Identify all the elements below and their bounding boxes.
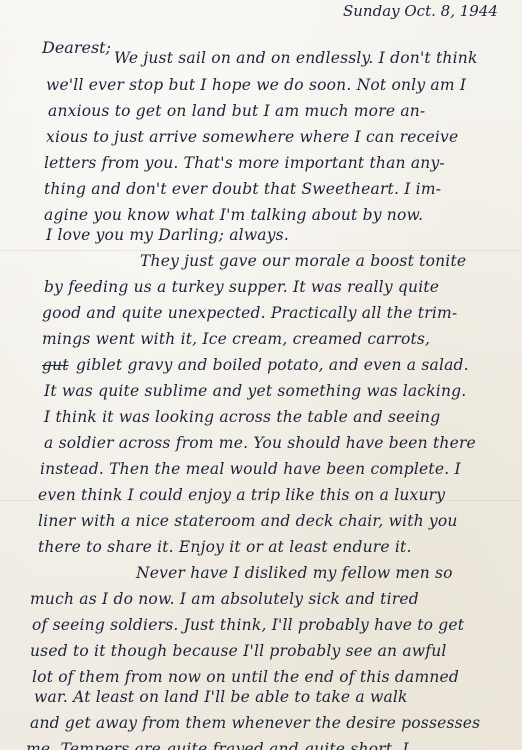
letter-line: me. Tempers are quite frayed and quite s… bbox=[26, 740, 409, 750]
letter-line: we'll ever stop but I hope we do soon. N… bbox=[46, 76, 466, 94]
letter-date: Sunday Oct. 8, 1944 bbox=[343, 2, 498, 20]
letter-line: letters from you. That's more important … bbox=[44, 154, 445, 172]
letter-line: and get away from them whenever the desi… bbox=[30, 714, 480, 732]
letter-line: liner with a nice stateroom and deck cha… bbox=[38, 512, 458, 530]
letter-line: lot of them from now on until the end of… bbox=[32, 668, 459, 686]
letter-line: Never have I disliked my fellow men so bbox=[136, 564, 453, 582]
letter-line: anxious to get on land but I am much mor… bbox=[48, 102, 425, 120]
letter-line: giblet gravy and boiled potato, and even… bbox=[76, 356, 469, 374]
letter-line: They just gave our morale a boost tonite bbox=[140, 252, 466, 270]
letter-line: much as I do now. I am absolutely sick a… bbox=[30, 590, 419, 608]
struck-out-word: gut bbox=[42, 356, 69, 374]
letter-salutation: Dearest; bbox=[42, 38, 111, 57]
letter-line: instead. Then the meal would have been c… bbox=[40, 460, 461, 478]
letter-line: a soldier across from me. You should hav… bbox=[44, 434, 476, 452]
letter-line: mings went with it, Ice cream, creamed c… bbox=[42, 330, 430, 348]
letter-line: agine you know what I'm talking about by… bbox=[44, 206, 423, 224]
letter-page: Sunday Oct. 8, 1944 Dearest; We just sai… bbox=[0, 0, 522, 750]
letter-line: of seeing soldiers. Just think, I'll pro… bbox=[32, 616, 464, 634]
letter-line: xious to just arrive somewhere where I c… bbox=[46, 128, 458, 146]
letter-line: even think I could enjoy a trip like thi… bbox=[38, 486, 445, 504]
letter-line: by feeding us a turkey supper. It was re… bbox=[44, 278, 439, 296]
letter-line: war. At least on land I'll be able to ta… bbox=[34, 688, 408, 706]
letter-line: good and quite unexpected. Practically a… bbox=[42, 304, 457, 322]
letter-line: there to share it. Enjoy it or at least … bbox=[38, 538, 412, 556]
letter-line: I love you my Darling; always. bbox=[46, 226, 289, 244]
letter-line: It was quite sublime and yet something w… bbox=[44, 382, 466, 400]
paper-fold bbox=[0, 250, 522, 251]
letter-line: I think it was looking across the table … bbox=[44, 408, 440, 426]
letter-line: We just sail on and on endlessly. I don'… bbox=[114, 49, 478, 67]
letter-line: thing and don't ever doubt that Sweethea… bbox=[44, 180, 441, 198]
letter-line: used to it though because I'll probably … bbox=[30, 642, 447, 660]
